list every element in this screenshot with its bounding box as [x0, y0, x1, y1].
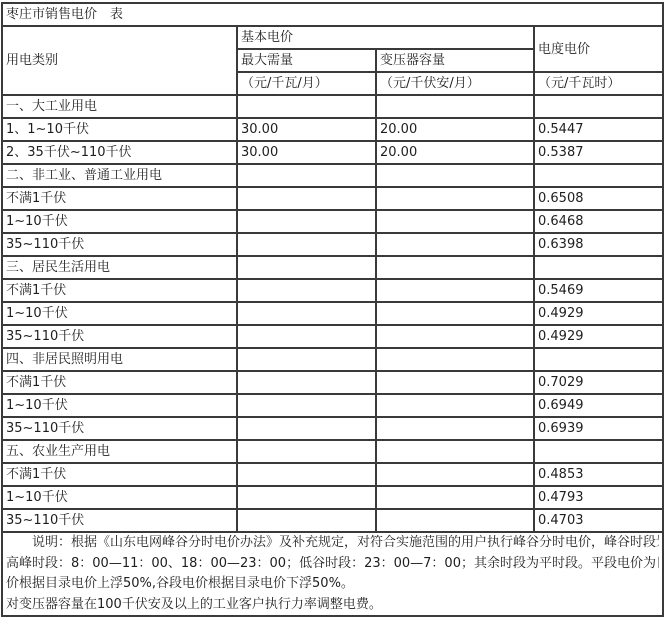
category-cell: 35~110千伏 — [2, 509, 237, 532]
table-row: 35~110千伏0.4929 — [2, 325, 663, 348]
max-demand-cell — [237, 256, 376, 279]
category-cell: 五、农业生产用电 — [2, 440, 237, 463]
note-line-1: 说明：根据《山东电网峰谷分时电价办法》及补充规定，对符合实施范围的用户执行峰谷分… — [6, 533, 659, 554]
transformer-capacity-cell — [376, 233, 534, 256]
category-cell: 不满1千伏 — [2, 279, 237, 302]
notes-row: 说明：根据《山东电网峰谷分时电价办法》及补充规定，对符合实施范围的用户执行峰谷分… — [2, 532, 663, 616]
table-row: 四、非居民照明用电 — [2, 348, 663, 371]
energy-price-cell: 0.6949 — [534, 394, 663, 417]
transformer-capacity-cell — [376, 164, 534, 187]
energy-price-cell: 0.4793 — [534, 486, 663, 509]
energy-price-cell: 0.4929 — [534, 302, 663, 325]
category-cell: 四、非居民照明用电 — [2, 348, 237, 371]
note-line-3: 价根据目录电价上浮50%,谷段电价根据目录电价下浮50%。 — [6, 574, 659, 595]
note-line-2: 高峰时段：8：00—11：00、18：00—23：00；低谷时段：23：00—7… — [6, 554, 659, 575]
notes-cell: 说明：根据《山东电网峰谷分时电价办法》及补充规定，对符合实施范围的用户执行峰谷分… — [2, 532, 663, 616]
price-table-body: 一、大工业用电1、1~10千伏30.0020.000.54472、35千伏~11… — [2, 95, 663, 532]
max-demand-cell: 30.00 — [237, 118, 376, 141]
max-demand-cell — [237, 325, 376, 348]
category-cell: 不满1千伏 — [2, 371, 237, 394]
max-demand-cell — [237, 486, 376, 509]
energy-price-cell: 0.4703 — [534, 509, 663, 532]
transformer-capacity-cell — [376, 509, 534, 532]
table-row: 二、非工业、普通工业用电 — [2, 164, 663, 187]
category-cell: 三、居民生活用电 — [2, 256, 237, 279]
transformer-capacity-cell: 20.00 — [376, 118, 534, 141]
energy-price-cell: 0.4853 — [534, 463, 663, 486]
header-energy-price: 电度电价 — [534, 26, 663, 72]
transformer-capacity-cell — [376, 279, 534, 302]
category-cell: 35~110千伏 — [2, 417, 237, 440]
table-row: 不满1千伏0.7029 — [2, 371, 663, 394]
transformer-capacity-cell — [376, 394, 534, 417]
category-cell: 1~10千伏 — [2, 302, 237, 325]
max-demand-cell — [237, 233, 376, 256]
table-row: 35~110千伏0.6939 — [2, 417, 663, 440]
max-demand-cell — [237, 394, 376, 417]
table-row: 1~10千伏0.4929 — [2, 302, 663, 325]
energy-price-cell — [534, 440, 663, 463]
header-transformer-capacity: 变压器容量 — [376, 49, 534, 72]
category-cell: 不满1千伏 — [2, 463, 237, 486]
table-row: 不满1千伏0.6508 — [2, 187, 663, 210]
energy-price-cell: 0.4929 — [534, 325, 663, 348]
table-row: 不满1千伏0.5469 — [2, 279, 663, 302]
note-line-4: 对变压器容量在100千伏安及以上的工业客户执行力率调整电费。 — [6, 595, 659, 616]
table-row: 不满1千伏0.4853 — [2, 463, 663, 486]
header-max-demand-unit: （元/千瓦/月） — [237, 72, 376, 95]
max-demand-cell — [237, 164, 376, 187]
title-row: 枣庄市销售电价 表 — [2, 3, 663, 26]
header-category: 用电类别 — [2, 26, 237, 95]
max-demand-cell — [237, 371, 376, 394]
category-cell: 1~10千伏 — [2, 210, 237, 233]
table-row: 1~10千伏0.6468 — [2, 210, 663, 233]
energy-price-cell: 0.5387 — [534, 141, 663, 164]
energy-price-cell: 0.5469 — [534, 279, 663, 302]
transformer-capacity-cell — [376, 486, 534, 509]
max-demand-cell: 30.00 — [237, 141, 376, 164]
max-demand-cell — [237, 463, 376, 486]
max-demand-cell — [237, 509, 376, 532]
transformer-capacity-cell — [376, 463, 534, 486]
energy-price-cell — [534, 348, 663, 371]
energy-price-cell: 0.6508 — [534, 187, 663, 210]
max-demand-cell — [237, 440, 376, 463]
energy-price-cell: 0.6939 — [534, 417, 663, 440]
max-demand-cell — [237, 302, 376, 325]
transformer-capacity-cell — [376, 440, 534, 463]
category-cell: 一、大工业用电 — [2, 95, 237, 118]
table-row: 35~110千伏0.6398 — [2, 233, 663, 256]
table-row: 1、1~10千伏30.0020.000.5447 — [2, 118, 663, 141]
max-demand-cell — [237, 210, 376, 233]
transformer-capacity-cell — [376, 325, 534, 348]
transformer-capacity-cell — [376, 256, 534, 279]
category-cell: 35~110千伏 — [2, 325, 237, 348]
header-max-demand: 最大需量 — [237, 49, 376, 72]
max-demand-cell — [237, 417, 376, 440]
transformer-capacity-cell — [376, 348, 534, 371]
category-cell: 2、35千伏~110千伏 — [2, 141, 237, 164]
transformer-capacity-cell — [376, 210, 534, 233]
energy-price-cell: 0.7029 — [534, 371, 663, 394]
header-row-1: 用电类别 基本电价 电度电价 — [2, 26, 663, 49]
page: 枣庄市销售电价 表 用电类别 基本电价 电度电价 最大需量 变压器容量 （元/千… — [0, 0, 666, 617]
price-table-head: 枣庄市销售电价 表 用电类别 基本电价 电度电价 最大需量 变压器容量 （元/千… — [2, 3, 663, 95]
energy-price-cell — [534, 256, 663, 279]
header-energy-price-unit: （元/千瓦时） — [534, 72, 663, 95]
max-demand-cell — [237, 187, 376, 210]
category-cell: 1~10千伏 — [2, 486, 237, 509]
transformer-capacity-cell: 20.00 — [376, 141, 534, 164]
table-row: 1~10千伏0.6949 — [2, 394, 663, 417]
header-transformer-capacity-unit: （元/千伏安/月） — [376, 72, 534, 95]
max-demand-cell — [237, 348, 376, 371]
category-cell: 二、非工业、普通工业用电 — [2, 164, 237, 187]
table-title: 枣庄市销售电价 表 — [2, 3, 663, 26]
table-row: 2、35千伏~110千伏30.0020.000.5387 — [2, 141, 663, 164]
max-demand-cell — [237, 279, 376, 302]
table-row: 五、农业生产用电 — [2, 440, 663, 463]
transformer-capacity-cell — [376, 371, 534, 394]
energy-price-cell: 0.6398 — [534, 233, 663, 256]
energy-price-cell — [534, 95, 663, 118]
energy-price-cell: 0.6468 — [534, 210, 663, 233]
category-cell: 1~10千伏 — [2, 394, 237, 417]
table-row: 1~10千伏0.4793 — [2, 486, 663, 509]
transformer-capacity-cell — [376, 302, 534, 325]
energy-price-cell: 0.5447 — [534, 118, 663, 141]
price-table-foot: 说明：根据《山东电网峰谷分时电价办法》及补充规定，对符合实施范围的用户执行峰谷分… — [2, 532, 663, 616]
energy-price-cell — [534, 164, 663, 187]
category-cell: 1、1~10千伏 — [2, 118, 237, 141]
transformer-capacity-cell — [376, 187, 534, 210]
price-table: 枣庄市销售电价 表 用电类别 基本电价 电度电价 最大需量 变压器容量 （元/千… — [1, 2, 664, 617]
table-row: 三、居民生活用电 — [2, 256, 663, 279]
table-row: 一、大工业用电 — [2, 95, 663, 118]
header-basic-price: 基本电价 — [237, 26, 534, 49]
transformer-capacity-cell — [376, 417, 534, 440]
table-row: 35~110千伏0.4703 — [2, 509, 663, 532]
category-cell: 35~110千伏 — [2, 233, 237, 256]
max-demand-cell — [237, 95, 376, 118]
transformer-capacity-cell — [376, 95, 534, 118]
category-cell: 不满1千伏 — [2, 187, 237, 210]
